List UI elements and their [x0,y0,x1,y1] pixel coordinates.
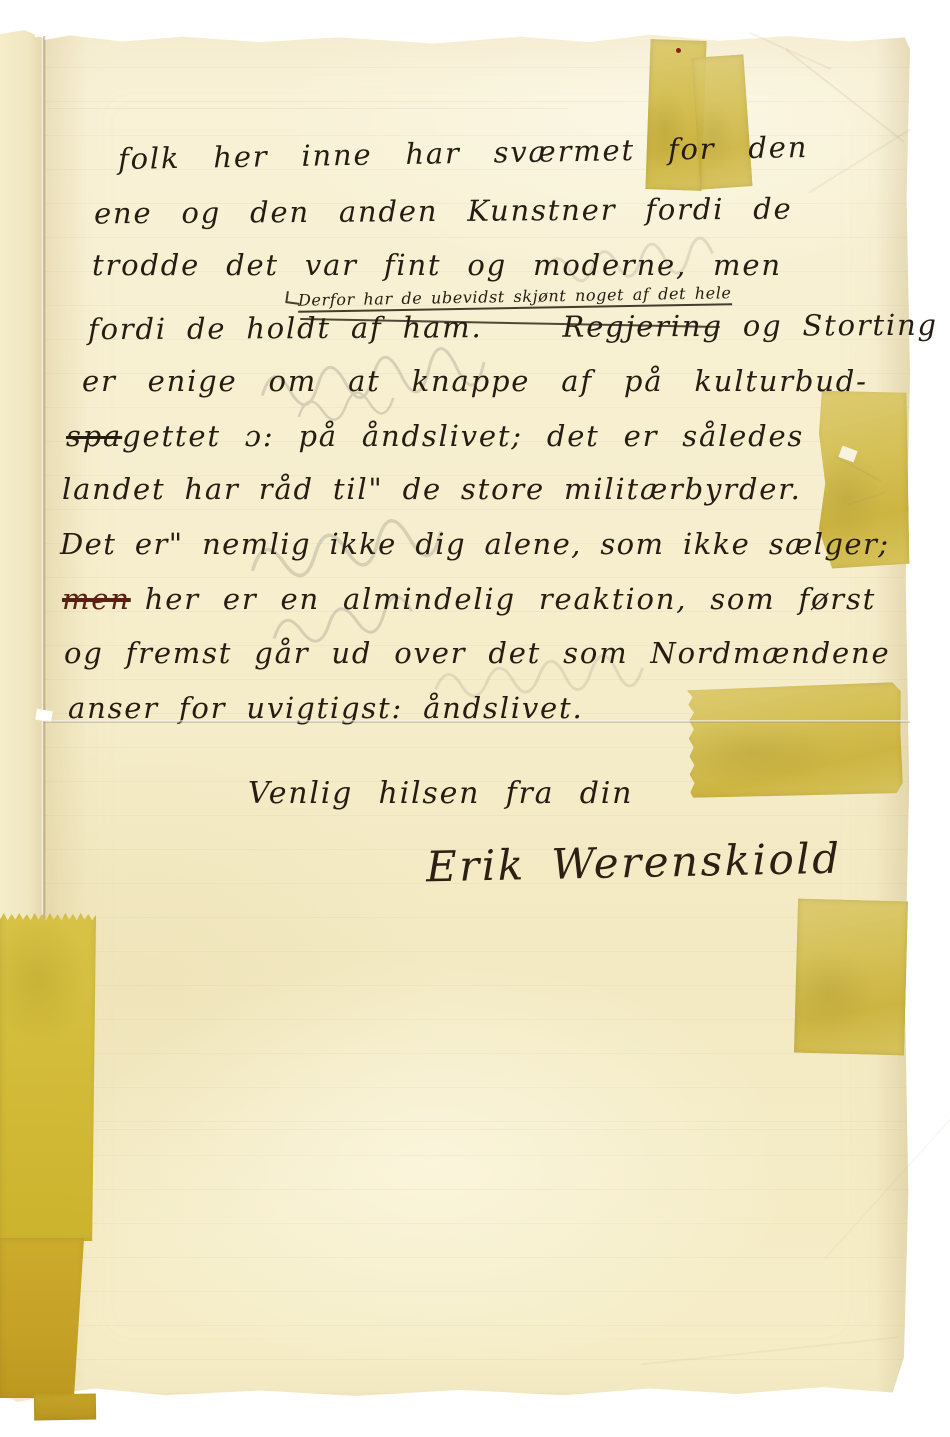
letter-line: spagettet ɔ: på åndslivet; det er sålede… [66,419,804,453]
letter-line-text: gettet ɔ: på åndslivet; det er således [122,419,804,453]
struck-out-fragment: spa [66,419,122,453]
signature: Erik Werenskiold [426,834,843,892]
insertion-mark [285,291,301,305]
struck-out-word: men [62,582,131,616]
red-ink-dot [676,48,681,53]
letter-line: anser for uvigtigst: åndslivet. [68,691,583,725]
tape-overhang-bottom [34,1393,96,1420]
letter-line: menher er en almindelig reaktion, som fø… [62,582,876,616]
letter-line: fordi de holdt af ham. Regjering og Stor… [88,308,938,346]
paper-edge-nick [33,23,52,37]
letter-line: trodde det var fint og moderne, men [92,248,782,282]
letter-line-text: her er en almindelig reaktion, som først [145,582,876,616]
letter-line: landet har råd til" de store militærbyrd… [62,472,802,506]
letter-line: Det er" nemlig ikke dig alene, som ikke … [60,527,889,561]
letter-line: er enige om at knappe af på kulturbud- [82,364,868,398]
scanned-letter: folk her inne har sværmet for den ene og… [0,0,950,1437]
closing-salutation: Venlig hilsen fra din [248,776,633,811]
letter-line: ene og den anden Kunstner fordi de [94,192,793,231]
letter-line: og fremst går ud over det som Nordmænden… [64,636,890,670]
